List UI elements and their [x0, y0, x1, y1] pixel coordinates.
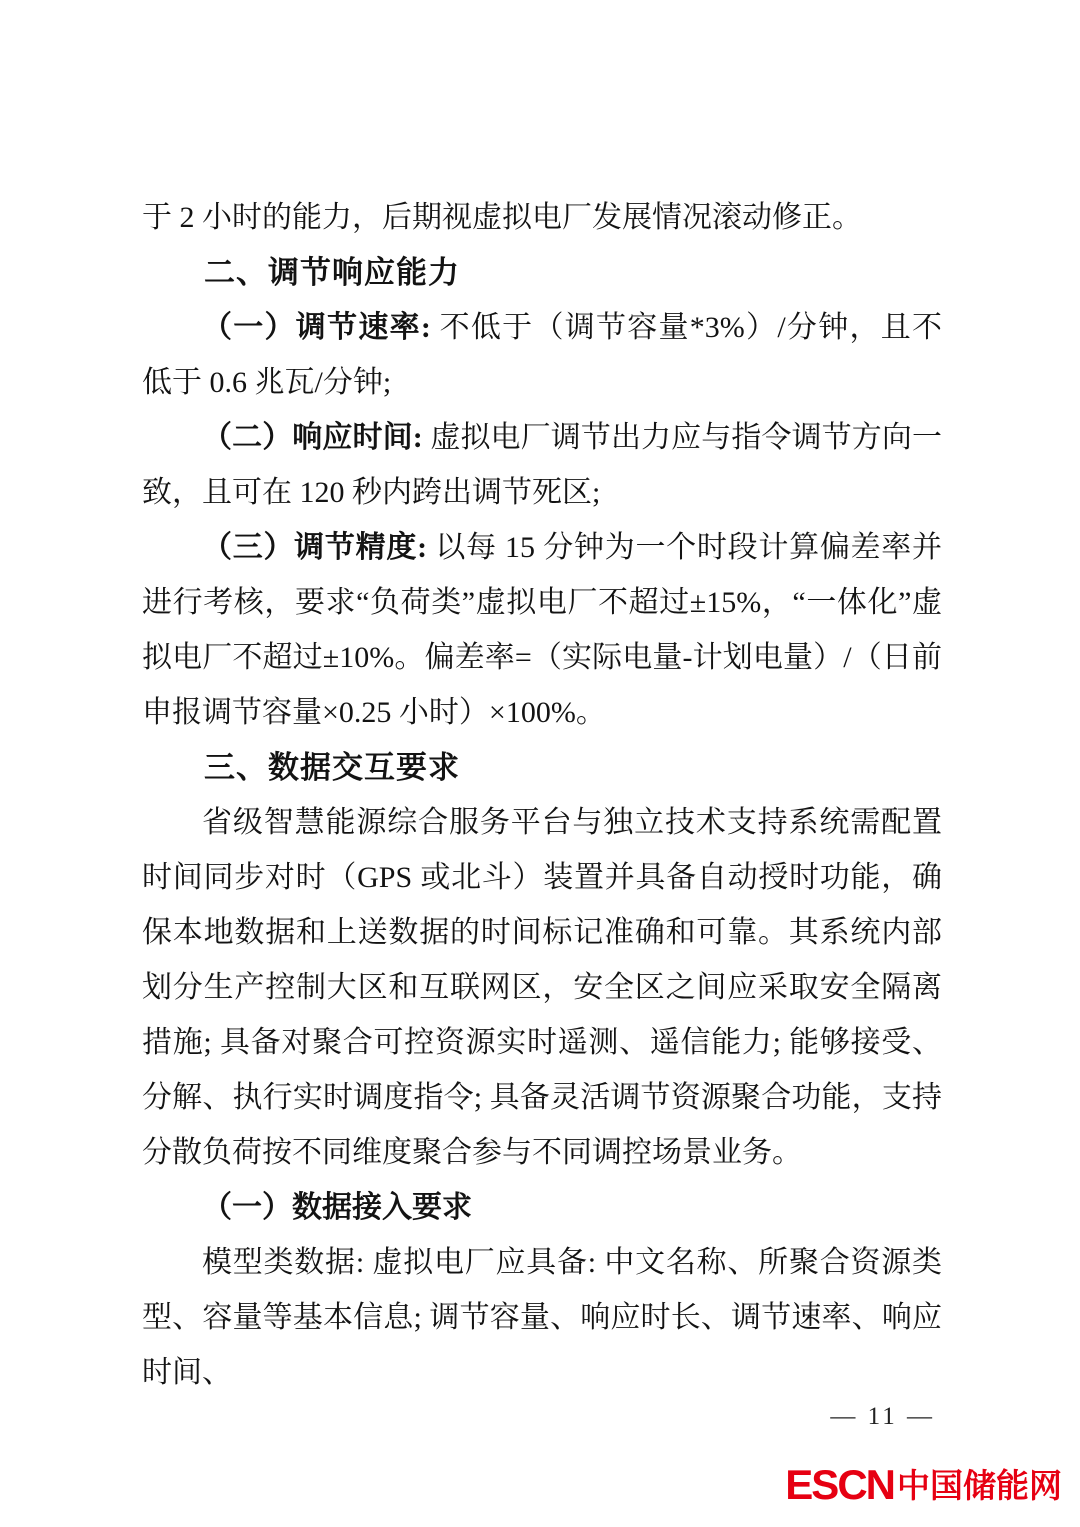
escn-logo: ESCN 中国储能网	[785, 1464, 1062, 1506]
heading-text: 二、调节响应能力	[204, 255, 460, 290]
document-page: 于 2 小时的能力，后期视虚拟电厂发展情况滚动修正。 二、调节响应能力 （一）调…	[0, 0, 1080, 1527]
document-body: 于 2 小时的能力，后期视虚拟电厂发展情况滚动修正。 二、调节响应能力 （一）调…	[142, 190, 942, 1400]
paragraph-text: 模型类数据: 虚拟电厂应具备: 中文名称、所聚合资源类型、容量等基本信息; 调节…	[142, 1246, 942, 1389]
paragraph-model-data: 模型类数据: 虚拟电厂应具备: 中文名称、所聚合资源类型、容量等基本信息; 调节…	[142, 1235, 942, 1400]
item-lead: （一）调节速率:	[202, 311, 431, 344]
paragraph-item-2: （二）响应时间: 虚拟电厂调节出力应与指令调节方向一致，且可在 120 秒内跨出…	[142, 410, 942, 520]
paragraph-text: 于 2 小时的能力，后期视虚拟电厂发展情况滚动修正。	[142, 201, 862, 234]
subsection-heading-data-access: （一）数据接入要求	[142, 1180, 942, 1235]
section-heading-2: 二、调节响应能力	[142, 245, 942, 300]
paragraph-data-exchange: 省级智慧能源综合服务平台与独立技术支持系统需配置时间同步对时（GPS 或北斗）装…	[142, 795, 942, 1180]
page-number: — 11 —	[830, 1403, 935, 1431]
paragraph-text: 省级智慧能源综合服务平台与独立技术支持系统需配置时间同步对时（GPS 或北斗）装…	[142, 806, 942, 1169]
heading-text: （一）数据接入要求	[202, 1191, 472, 1224]
paragraph-continuation: 于 2 小时的能力，后期视虚拟电厂发展情况滚动修正。	[142, 190, 942, 245]
escn-logo-latin-text: ESCN	[785, 1464, 894, 1506]
item-lead: （二）响应时间:	[202, 421, 423, 454]
item-lead: （三）调节精度:	[202, 531, 427, 564]
heading-text: 三、数据交互要求	[204, 750, 460, 785]
paragraph-item-3: （三）调节精度: 以每 15 分钟为一个时段计算偏差率并进行考核，要求“负荷类”…	[142, 520, 942, 740]
escn-logo-chinese-text: 中国储能网	[897, 1469, 1062, 1502]
paragraph-item-1: （一）调节速率: 不低于（调节容量*3%）/分钟，且不低于 0.6 兆瓦/分钟;	[142, 300, 942, 410]
section-heading-3: 三、数据交互要求	[142, 740, 942, 795]
